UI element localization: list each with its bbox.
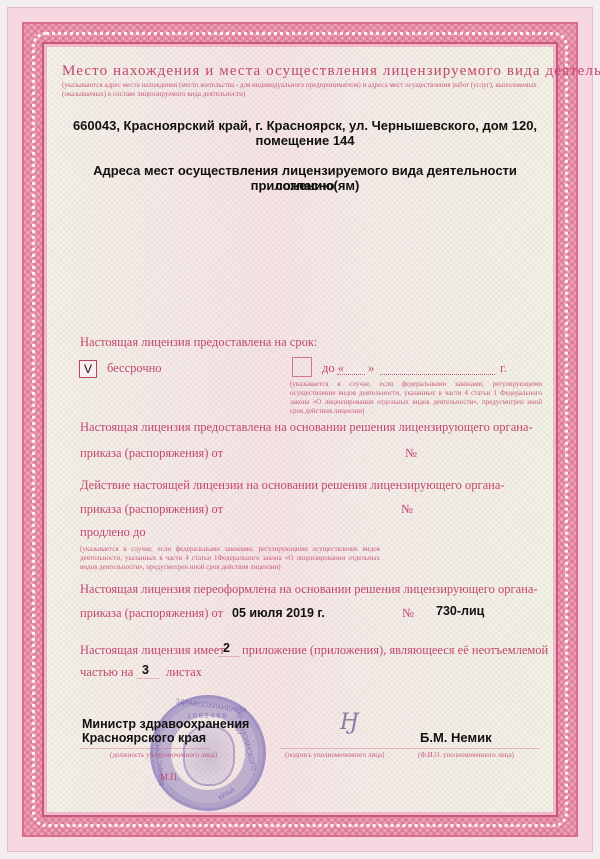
term-label: Настоящая лицензия предоставлена на срок… — [80, 335, 317, 350]
indefinite-checkbox[interactable]: V — [79, 360, 97, 378]
indefinite-label: бессрочно — [107, 361, 162, 376]
reissued-number: 730-лиц — [436, 604, 484, 618]
position-caption: (должность уполномоченного лица) — [110, 751, 217, 760]
reissued-number-label: № — [402, 606, 414, 621]
granted-line-1: Настоящая лицензия предоставлена на осно… — [80, 420, 533, 435]
until-note: (указывается в случае, если федеральными… — [290, 380, 542, 416]
location-note: (указываются адрес места нахождения (мес… — [62, 81, 540, 99]
position-line-2: Красноярского края — [82, 731, 206, 745]
address-line-2: помещение 144 — [70, 133, 540, 148]
reissued-line-2: приказа (распоряжения) от — [80, 606, 223, 621]
seal-bottom-text: КРАЯ — [217, 787, 236, 802]
extended-until-label: продлено до — [80, 525, 146, 540]
appendix-middle: приложение (приложения), являющееся её н… — [242, 643, 548, 658]
position-line — [80, 748, 210, 749]
sheets-count: 3 — [142, 663, 149, 677]
appendix-count-line — [218, 656, 240, 657]
signature: Ӈ — [340, 710, 359, 735]
until-month-field — [380, 374, 495, 375]
location-title: Место нахождения и места осуществления л… — [62, 63, 542, 80]
signer-name: Б.М. Немик — [420, 730, 492, 745]
extended-number-label: № — [401, 502, 413, 517]
extended-note: (указывается в случае, если федеральными… — [80, 545, 380, 572]
signature-caption: (подпись уполномоченного лица) — [285, 751, 384, 760]
until-day-field — [337, 374, 365, 375]
seal-mark: М.П. — [160, 772, 179, 782]
reissued-date: 05 июля 2019 г. — [232, 606, 325, 620]
position-line-1: Министр здравоохранения — [82, 717, 249, 731]
sheets-prefix: частью на — [80, 665, 133, 680]
until-year-suffix: г. — [500, 361, 507, 376]
sheets-suffix: листах — [166, 665, 202, 680]
name-line — [410, 748, 540, 749]
activity-addresses-line-2: приложению(ям) — [70, 178, 540, 193]
name-caption: (Ф.И.О. уполномоченного лица) — [418, 751, 514, 760]
until-checkbox[interactable] — [292, 357, 312, 377]
appendix-prefix: Настоящая лицензия имеет — [80, 643, 225, 658]
reissued-line-1: Настоящая лицензия переоформлена на осно… — [80, 582, 538, 597]
extended-line-1: Действие настоящей лицензии на основании… — [80, 478, 505, 493]
granted-number-label: № — [405, 446, 417, 461]
extended-line-2: приказа (распоряжения) от — [80, 502, 223, 517]
until-close-quote: » — [368, 361, 374, 376]
granted-line-2: приказа (распоряжения) от — [80, 446, 223, 461]
address-line-1: 660043, Красноярский край, г. Красноярск… — [70, 118, 540, 133]
signature-line — [280, 748, 410, 749]
appendix-count: 2 — [223, 641, 230, 655]
sheets-count-line — [136, 678, 160, 679]
